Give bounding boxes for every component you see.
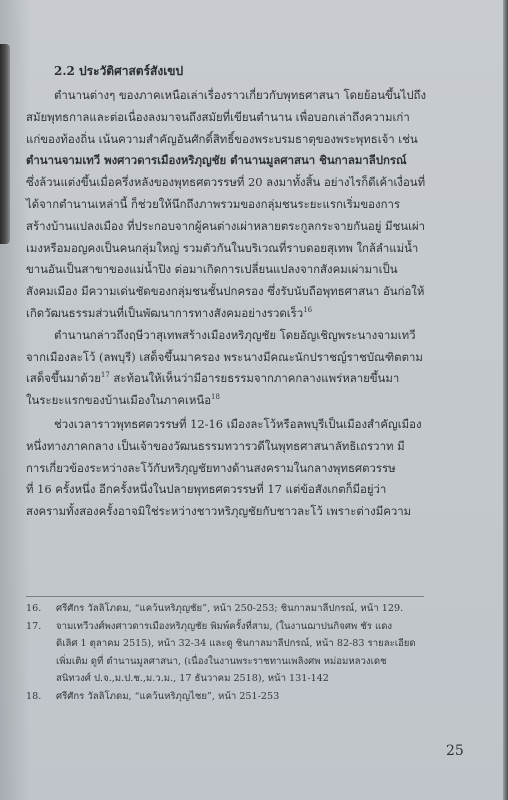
- text-fragment: เสด็จขึ้นมาด้วย: [26, 371, 101, 385]
- section-title: 2.2 ประวัติศาสตร์สังเขป: [54, 62, 418, 81]
- footnote-ref-16[interactable]: 16: [303, 306, 312, 314]
- footnote-18: 18. ศรีศักร วัลลิโภดม, “แคว้นหริภุญไชย”,…: [26, 688, 426, 706]
- text-line: การเกี่ยวข้องระหว่างละโว้กับหริภุญชัยทาง…: [26, 458, 418, 480]
- footnote-text: ศรีศักร วัลลิโภดม, “แคว้นหริภุญชัย”, หน้…: [56, 600, 426, 618]
- footnote-text: จามเทวีวงศ์พงศาวดารเมืองหริภุญชัย พิมพ์ค…: [56, 618, 426, 688]
- footnote-number: 18.: [26, 688, 56, 706]
- text-line: ซึ่งล้วนแต่งขึ้นเมื่อครึ่งหลังของพุทธศตว…: [26, 172, 418, 194]
- text-line: สมัยพุทธกาลและต่อเนื่องลงมาจนถึงสมัยที่เ…: [26, 107, 418, 129]
- text-line: ตำนานต่างๆ ของภาคเหนือเล่าเรื่องราวเกี่ย…: [26, 85, 418, 107]
- paragraph-1: ตำนานต่างๆ ของภาคเหนือเล่าเรื่องราวเกี่ย…: [26, 85, 418, 325]
- text-line: เสด็จขึ้นมาด้วย17 สะท้อนให้เห็นว่ามีอารย…: [26, 368, 418, 390]
- page-number: 25: [446, 743, 464, 759]
- text-line: ขานอันเป็นสาขาของแม่น้ำปิง ต่อมาเกิดการเ…: [26, 259, 418, 281]
- footnote-line: ศรีศักร วัลลิโภดม, “แคว้นหริภุญไชย”, หน้…: [56, 688, 426, 706]
- paragraph-3: ช่วงเวลาราวพุทธศตวรรษที่ 12-16 เมืองละโว…: [26, 414, 418, 523]
- text-line: หนึ่งทางภาคกลาง เป็นเจ้าของวัฒนธรรมทวารว…: [26, 436, 418, 458]
- footnote-16: 16. ศรีศักร วัลลิโภดม, “แคว้นหริภุญชัย”,…: [26, 600, 426, 618]
- text-line: เมงหรือมอญคงเป็นคนกลุ่มใหญ่ รวมตัวกันในบ…: [26, 238, 418, 260]
- footnote-divider: [26, 596, 424, 597]
- footnote-line: จามเทวีวงศ์พงศาวดารเมืองหริภุญชัย พิมพ์ค…: [56, 618, 426, 636]
- text-line: เกิดวัฒนธรรมส่วนที่เป็นพัฒนาการทางสังคมอ…: [26, 303, 418, 325]
- text-fragment: ในระยะแรกของบ้านเมืองในภาคเหนือ: [26, 393, 211, 407]
- footnote-line: ศรีศักร วัลลิโภดม, “แคว้นหริภุญชัย”, หน้…: [56, 600, 426, 618]
- text-line: ที่ 16 ครั้งหนึ่ง อีกครั้งหนึ่งในปลายพุท…: [26, 479, 418, 501]
- text-fragment: เกิดวัฒนธรรมส่วนที่เป็นพัฒนาการทางสังคมอ…: [26, 306, 303, 320]
- text-line: แก่ของท้องถิ่น เน้นความสำคัญอันศักดิ์สิท…: [26, 129, 418, 151]
- footnote-number: 17.: [26, 618, 56, 688]
- text-line: จากเมืองละโว้ (ลพบุรี) เสด็จขึ้นมาครอง พ…: [26, 347, 418, 369]
- book-binding-edge: [0, 44, 10, 244]
- footnote-line: สนิทวงศ์ ป.จ.,ม.ป.ช.,ม.ว.ม., 17 ธันวาคม …: [56, 670, 426, 688]
- text-line: สงครามทั้งสองครั้งอาจมิใช่ระหว่างชาวหริภ…: [26, 501, 418, 523]
- text-fragment: สะท้อนให้เห็นว่ามีอารยธรรมจากภาคกลางแพร่…: [110, 371, 399, 385]
- footnotes: 16. ศรีศักร วัลลิโภดม, “แคว้นหริภุญชัย”,…: [26, 600, 426, 705]
- book-page: 2.2 ประวัติศาสตร์สังเขป ตำนานต่างๆ ของภา…: [0, 0, 508, 800]
- footnote-line: เพิ่มเติม ดูที่ ตำนานมูลศาสนา, (เนื่องใน…: [56, 653, 426, 671]
- main-text: 2.2 ประวัติศาสตร์สังเขป ตำนานต่างๆ ของภา…: [26, 62, 418, 523]
- text-line: ในระยะแรกของบ้านเมืองในภาคเหนือ18: [26, 390, 418, 412]
- footnote-text: ศรีศักร วัลลิโภดม, “แคว้นหริภุญไชย”, หน้…: [56, 688, 426, 706]
- page-right-edge: [503, 0, 508, 800]
- text-line: ช่วงเวลาราวพุทธศตวรรษที่ 12-16 เมืองละโว…: [26, 414, 418, 436]
- paragraph-2: ตำนานกล่าวถึงฤษีวาสุเทพสร้างเมืองหริภุญช…: [26, 325, 418, 412]
- footnote-line: ดิเลิศ 1 ตุลาคม 2515), หน้า 32-34 และดู …: [56, 635, 426, 653]
- footnote-ref-17[interactable]: 17: [101, 372, 110, 380]
- text-line: สร้างบ้านแปลงเมือง ที่ประกอบจากผู้คนต่าง…: [26, 216, 418, 238]
- text-line: ตำนานกล่าวถึงฤษีวาสุเทพสร้างเมืองหริภุญช…: [26, 325, 418, 347]
- text-line: สังคมเมือง มีความเด่นชัดของกลุ่มชนชั้นปก…: [26, 281, 418, 303]
- footnote-ref-18[interactable]: 18: [211, 393, 220, 401]
- footnote-number: 16.: [26, 600, 56, 618]
- text-line-bold: ตำนานจามเทวี พงศาวดารเมืองหริภุญชัย ตำนา…: [26, 150, 418, 172]
- footnote-17: 17. จามเทวีวงศ์พงศาวดารเมืองหริภุญชัย พิ…: [26, 618, 426, 688]
- text-line: ได้จากตำนานเหล่านี้ ก็ช่วยให้นึกถึงภาพรว…: [26, 194, 418, 216]
